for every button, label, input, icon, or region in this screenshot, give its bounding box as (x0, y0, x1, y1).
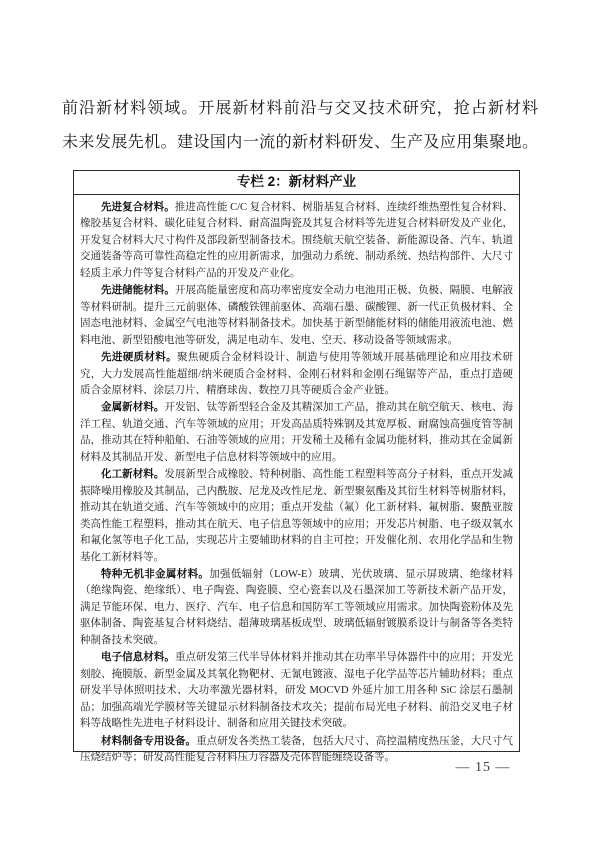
paragraph-lead: 特种无机非金属材料。 (101, 568, 209, 580)
intro-line-2: 未来发展先机。建设国内一流的新材料研发、生产及应用集聚地。 (62, 126, 538, 160)
paragraph-lead: 材料制备专用设备。 (101, 735, 196, 747)
panel-paragraph-advanced-composites: 先进复合材料。推进高性能 C/C 复合材料、树脂基复合材料、连续纤维热塑性复合材… (80, 199, 513, 282)
paragraph-body: 发展新型合成橡胶、特种树脂、高性能工程塑料等高分子材料，重点开发减振降噪用橡胶及… (80, 469, 513, 562)
paragraph-lead: 先进硬质材料。 (101, 351, 177, 363)
intro-line-1: 前沿新材料领域。开展新材料前沿与交叉技术研究，抢占新材料 (62, 92, 538, 126)
panel-paragraph-electronic-info: 电子信息材料。重点研发第三代半导体材料并推动其在功率半导体器件中的应用；开发光刻… (80, 649, 513, 732)
paragraph-lead: 先进储能材料。 (101, 284, 175, 296)
panel-paragraph-metal-materials: 金属新材料。开发铝、钛等新型轻合金及其精深加工产品，推动其在航空航天、核电、海洋… (80, 399, 513, 466)
paragraph-body: 加强低辐射（LOW-E）玻璃、光伏玻璃、显示屏玻璃、绝缘材料（绝缘陶瓷、绝缘纸）… (80, 569, 513, 646)
intro-paragraph: 前沿新材料领域。开展新材料前沿与交叉技术研究，抢占新材料 未来发展先机。建设国内… (62, 92, 538, 160)
page-number: — 15 — (438, 760, 528, 776)
paragraph-body: 推进高性能 C/C 复合材料、树脂基复合材料、连续纤维热塑性复合材料、橡胶基复合… (80, 202, 513, 279)
panel-paragraph-chemical-materials: 化工新材料。发展新型合成橡胶、特种树脂、高性能工程塑料等高分子材料，重点开发减振… (80, 466, 513, 566)
paragraph-lead: 先进复合材料。 (101, 201, 175, 213)
paragraph-body: 重点研发第三代半导体材料并推动其在功率半导体器件中的应用；开发光刻胶、掩膜版、新… (80, 652, 513, 729)
panel-title: 专栏 2：新材料产业 (74, 171, 519, 195)
panel-paragraph-energy-storage: 先进储能材料。开展高能量密度和高功率密度安全动力电池用正极、负极、隔膜、电解液等… (80, 282, 513, 349)
panel-body: 先进复合材料。推进高性能 C/C 复合材料、树脂基复合材料、连续纤维热塑性复合材… (74, 195, 519, 776)
panel-paragraph-inorganic-nonmetal: 特种无机非金属材料。加强低辐射（LOW-E）玻璃、光伏玻璃、显示屏玻璃、绝缘材料… (80, 566, 513, 649)
paragraph-lead: 电子信息材料。 (101, 651, 175, 663)
document-page: 前沿新材料领域。开展新材料前沿与交叉技术研究，抢占新材料 未来发展先机。建设国内… (0, 0, 600, 848)
paragraph-lead: 化工新材料。 (101, 468, 164, 480)
paragraph-lead: 金属新材料。 (101, 401, 164, 413)
panel-paragraph-hard-materials: 先进硬质材料。聚焦硬质合金材料设计、制造与使用等领域开展基础理论和应用技术研究，… (80, 349, 513, 399)
feature-panel-new-materials: 专栏 2：新材料产业 先进复合材料。推进高性能 C/C 复合材料、树脂基复合材料… (73, 170, 520, 752)
